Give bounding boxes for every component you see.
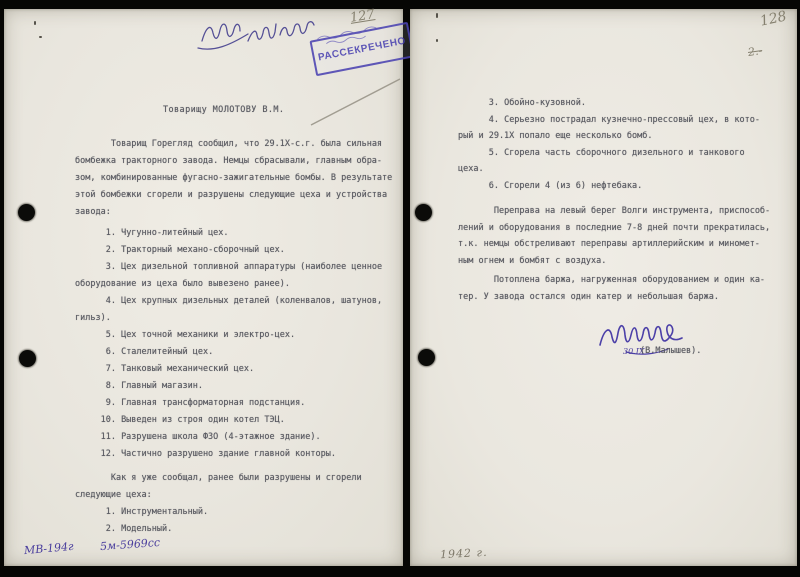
paragraph-bombing-report: Товарищ Горегляд сообщил, что 29.1Х-с.г.… [75, 136, 403, 221]
ink-speck [39, 36, 42, 38]
punch-hole [418, 349, 435, 366]
sheet-label-pencil: 2.- [747, 44, 763, 59]
destroyed-shops-list: 1. Чугунно-литейный цех. 2. Тракторный м… [75, 225, 403, 463]
punch-hole [18, 204, 35, 221]
document-page-1: 127 РАССЕКРЕЧЕНО Товарищу МОЛОТОВУ В.М. … [4, 9, 403, 566]
paragraph-volga-crossing: Переправа на левый берег Волги инструмен… [458, 203, 788, 269]
ink-speck [436, 39, 438, 42]
page-number-pencil: 128 [759, 8, 788, 29]
ink-speck [34, 21, 36, 25]
archival-ink-note-2: 5м-5969сс [100, 536, 161, 553]
document-addressee-title: Товарищу МОЛОТОВУ В.М. [163, 102, 284, 119]
handwritten-scribble [196, 11, 321, 57]
declassified-stamp: РАССЕКРЕЧЕНО [309, 22, 414, 76]
paragraph-previously-destroyed: Как я уже сообщал, ранее были разрушены … [75, 470, 403, 538]
punch-hole [19, 350, 36, 367]
typed-signatory-name: (В.Малышев). [640, 343, 701, 360]
document-page-2: 128 2.- 3. Обойно-кузовной. 4. Серьезно … [410, 9, 797, 566]
pencil-slash-mark [304, 75, 406, 133]
archival-ink-note-1: МВ-194г [24, 540, 75, 557]
destroyed-shops-list-continued: 3. Обойно-кузовной. 4. Серьезно пострада… [458, 95, 788, 194]
archival-year-note: 1942 г. [440, 546, 488, 561]
document-scan: 127 РАССЕКРЕЧЕНО Товарищу МОЛОТОВУ В.М. … [0, 0, 800, 577]
ink-speck [436, 13, 438, 18]
punch-hole [415, 204, 432, 221]
paragraph-sunk-barge: Потоплена баржа, нагруженная оборудовани… [458, 272, 788, 305]
